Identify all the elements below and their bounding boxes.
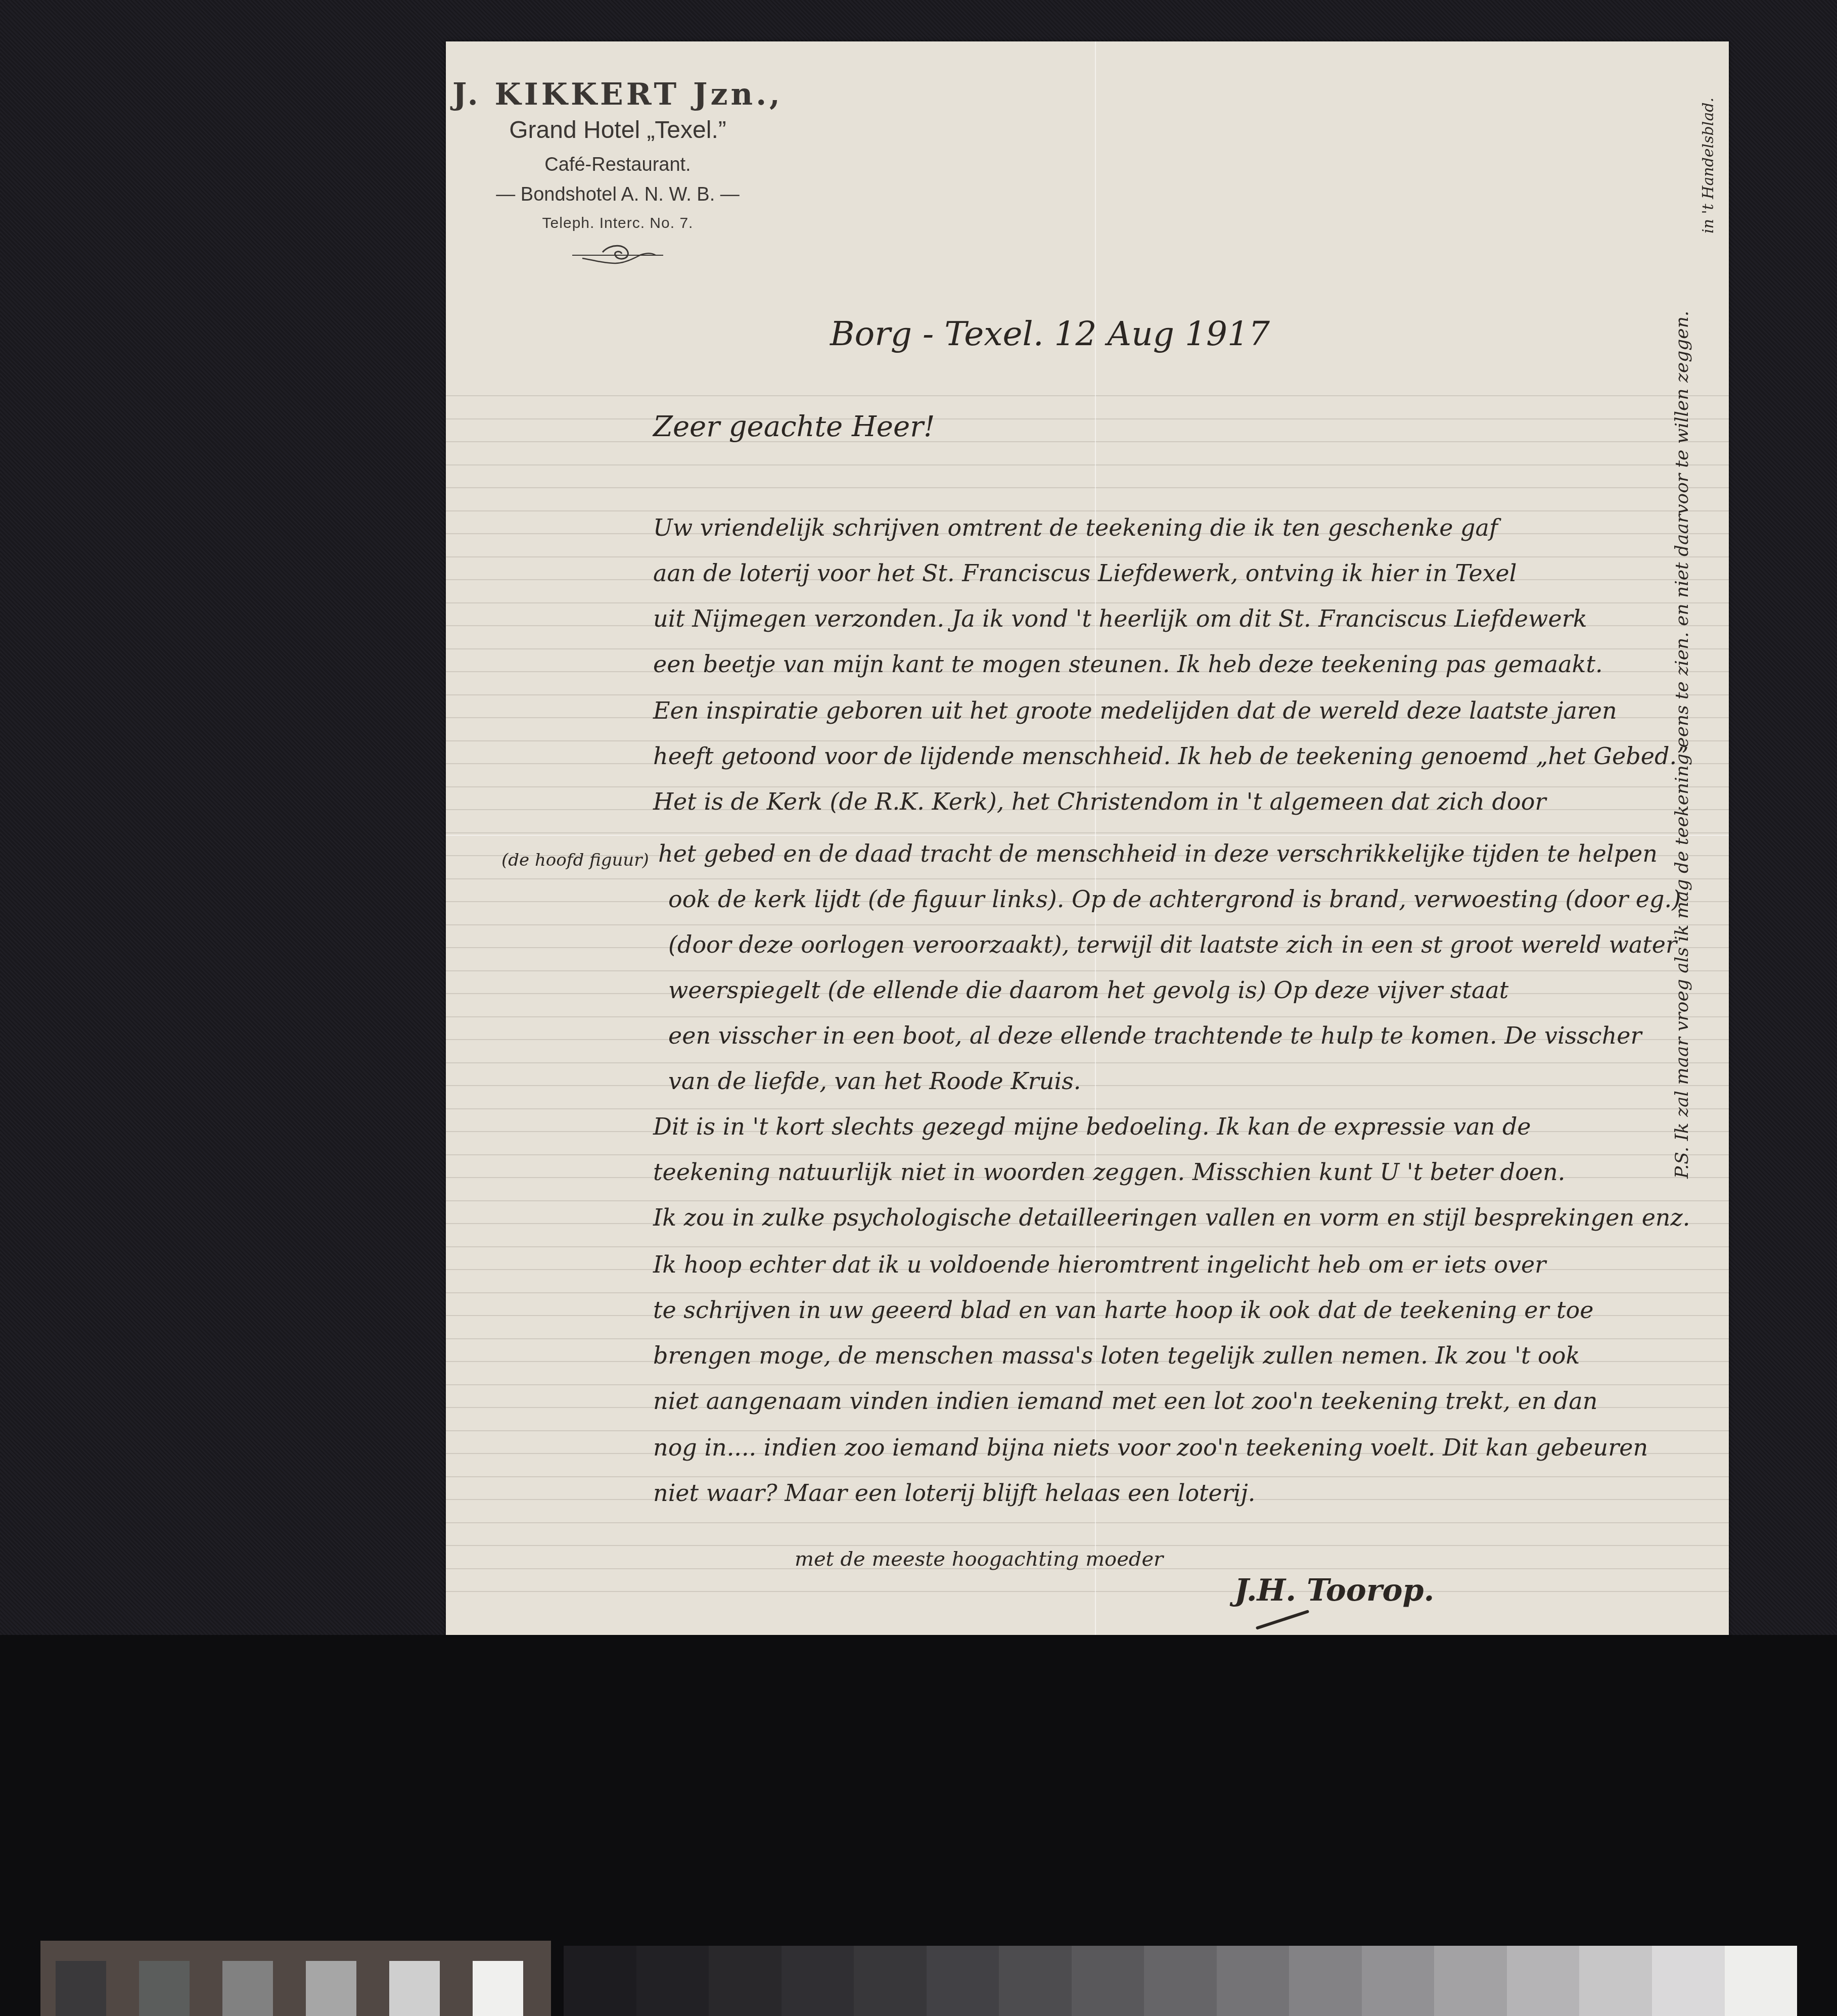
ruled-line [446, 1545, 1729, 1546]
body-line: nog in.... indien zoo iemand bijna niets… [653, 1434, 1648, 1461]
body-line: uit Nijmegen verzonden. Ja ik vond 't he… [653, 605, 1587, 632]
body-line: te schrijven in uw geeerd blad en van ha… [653, 1296, 1593, 1324]
ruled-line [446, 1246, 1729, 1247]
grey-step [1507, 1946, 1580, 2016]
grey-step [1579, 1946, 1652, 2016]
grey-patch [56, 1961, 106, 2016]
postscript-margin-note-2: in 't Handelsblad. [1700, 98, 1717, 233]
grey-patch [473, 1961, 523, 2016]
signature: J.H. Toorop. [1234, 1573, 1434, 1608]
margin-note-left: (de hoofd figuur) [501, 850, 649, 870]
ruled-line [446, 395, 1729, 396]
grey-step [999, 1946, 1072, 2016]
ruled-line [446, 924, 1729, 925]
body-line: heeft getoond voor de lijdende menschhei… [653, 742, 1689, 770]
body-line: van de liefde, van het Roode Kruis. [668, 1067, 1081, 1095]
ruled-line [446, 1292, 1729, 1293]
letterhead-cafe: Café-Restaurant. [446, 154, 790, 176]
ruled-line [446, 487, 1729, 488]
grey-step [1072, 1946, 1144, 2016]
grey-step [927, 1946, 999, 2016]
ruled-line [446, 786, 1729, 787]
ruled-line [446, 602, 1729, 603]
body-line: het gebed en de daad tracht de menschhei… [658, 840, 1658, 867]
body-line: niet waar? Maar een loterij blijft helaa… [653, 1479, 1255, 1507]
letterhead: J. KIKKERT Jzn., Grand Hotel „Texel.” Ca… [446, 77, 790, 269]
body-line: ook de kerk lijdt (de figuur links). Op … [668, 885, 1681, 913]
grey-step [1362, 1946, 1435, 2016]
dateline: Borg - Texel. 12 Aug 1917 [830, 314, 1270, 353]
ruled-line [446, 694, 1729, 695]
ruled-line [446, 1522, 1729, 1523]
salutation: Zeer geachte Heer! [653, 410, 935, 443]
grey-step [1725, 1946, 1798, 2016]
grey-step [782, 1946, 854, 2016]
signature-underline [1256, 1610, 1309, 1630]
body-line: (door deze oorlogen veroorzaakt), terwij… [668, 931, 1677, 958]
ruled-line [446, 464, 1729, 465]
body-line: teekening natuurlijk niet in woorden zeg… [653, 1158, 1565, 1186]
body-line: Ik zou in zulke psychologische detaillee… [653, 1204, 1690, 1231]
letterhead-bondshotel: — Bondshotel A. N. W. B. — [446, 184, 790, 206]
ruled-line [446, 832, 1729, 833]
grey-scale-patches [40, 1941, 551, 2016]
body-line: een visscher in een boot, al deze ellend… [668, 1022, 1641, 1049]
grey-step [1289, 1946, 1362, 2016]
grey-step [1434, 1946, 1507, 2016]
ruled-line [446, 1016, 1729, 1017]
body-line: Dit is in 't kort slechts gezegd mijne b… [653, 1113, 1531, 1140]
grey-step [854, 1946, 927, 2016]
grey-step [1652, 1946, 1725, 2016]
ruled-line [446, 510, 1729, 511]
letterhead-telephone: Teleph. Interc. No. 7. [446, 215, 790, 232]
letterhead-hotel: Grand Hotel „Texel.” [446, 116, 790, 144]
body-line: weerspiegelt (de ellende die daarom het … [668, 976, 1508, 1004]
grey-step [636, 1946, 709, 2016]
ruled-line [446, 648, 1729, 649]
ruled-line [446, 556, 1729, 557]
ruled-line [446, 1085, 1729, 1086]
ruled-line [446, 970, 1729, 971]
ruled-line [446, 441, 1729, 442]
grey-patch [139, 1961, 190, 2016]
closing-phrase: met de meeste hoogachting moeder [795, 1548, 1163, 1571]
postscript-margin-note: P.S. Ik zal maar vroeg als ik mag de tee… [1672, 311, 1692, 1179]
ruled-line [446, 418, 1729, 419]
fold-line-horizontal [446, 835, 1729, 836]
body-line: Ik hoop echter dat ik u voldoende hierom… [653, 1251, 1546, 1278]
grey-step [564, 1946, 636, 2016]
ruled-line [446, 878, 1729, 879]
grey-step [1217, 1946, 1290, 2016]
body-line: brengen moge, de menschen massa's loten … [653, 1342, 1580, 1369]
ruled-line [446, 1430, 1729, 1431]
ruled-line [446, 1384, 1729, 1385]
ruled-line [446, 1338, 1729, 1339]
grey-patch [222, 1961, 273, 2016]
body-line: een beetje van mijn kant te mogen steune… [653, 650, 1603, 678]
ruled-line [446, 740, 1729, 741]
body-line: aan de loterij voor het St. Franciscus L… [653, 559, 1517, 587]
grey-step-wedge [564, 1946, 1797, 2016]
grey-step [1144, 1946, 1217, 2016]
letter-sheet: J. KIKKERT Jzn., Grand Hotel „Texel.” Ca… [446, 41, 1729, 1635]
grey-patch [389, 1961, 440, 2016]
ruled-line [446, 1591, 1729, 1592]
body-line: Een inspiratie geboren uit het groote me… [653, 697, 1617, 724]
ruled-line [446, 1108, 1729, 1109]
body-line: Uw vriendelijk schrijven omtrent de teek… [653, 514, 1498, 541]
ornament-icon [567, 241, 668, 266]
body-line: Het is de Kerk (de R.K. Kerk), het Chris… [653, 788, 1546, 815]
ruled-line [446, 1476, 1729, 1477]
grey-step [709, 1946, 782, 2016]
ruled-line [446, 1200, 1729, 1201]
body-line: niet aangenaam vinden indien iemand met … [653, 1387, 1597, 1415]
ruled-line [446, 1062, 1729, 1063]
letterhead-name: J. KIKKERT Jzn., [446, 77, 790, 112]
ruled-line [446, 1154, 1729, 1155]
grey-patch [306, 1961, 356, 2016]
